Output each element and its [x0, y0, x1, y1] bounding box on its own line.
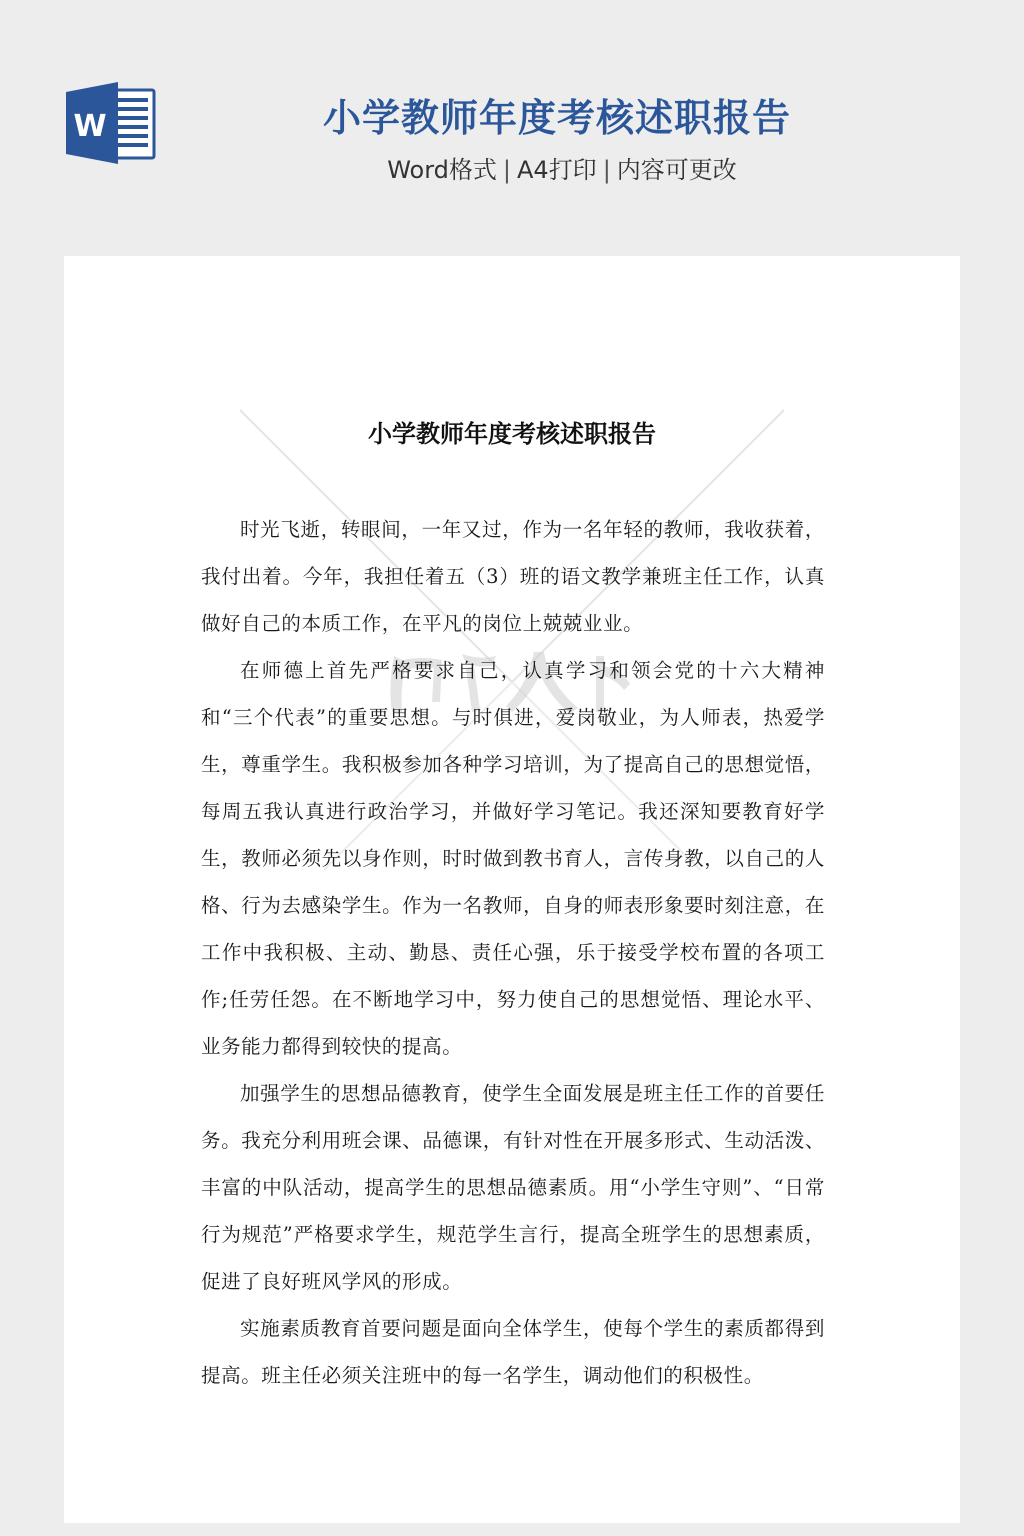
subtitle-editable: 内容可更改: [617, 156, 737, 184]
header-subtitle: Word格式|A4打印|内容可更改: [0, 152, 1024, 188]
document-page: 小学教师年度考核述职报告 时光飞逝，转眼间，一年又过，作为一名年轻的教师，我收获…: [64, 256, 960, 1523]
paragraph: 在师德上首先严格要求自己，认真学习和领会党的十六大精神和“三个代表”的重要思想。…: [201, 647, 825, 1070]
paragraph: 实施素质教育首要问题是面向全体学生，使每个学生的素质都得到提高。班主任必须关注班…: [201, 1305, 825, 1399]
subtitle-print: A4打印: [517, 156, 597, 184]
paragraph: 加强学生的思想品德教育，使学生全面发展是班主任工作的首要任务。我充分利用班会课、…: [201, 1070, 825, 1305]
subtitle-separator: |: [503, 156, 511, 184]
document-body: 时光飞逝，转眼间，一年又过，作为一名年轻的教师，我收获着，我付出着。今年，我担任…: [201, 506, 825, 1399]
paragraph: 时光飞逝，转眼间，一年又过，作为一名年轻的教师，我收获着，我付出着。今年，我担任…: [201, 506, 825, 647]
subtitle-format: Word格式: [387, 156, 497, 184]
document-title: 小学教师年度考核述职报告: [64, 414, 960, 454]
subtitle-separator: |: [603, 156, 611, 184]
header-title: 小学教师年度考核述职报告: [0, 92, 1024, 144]
